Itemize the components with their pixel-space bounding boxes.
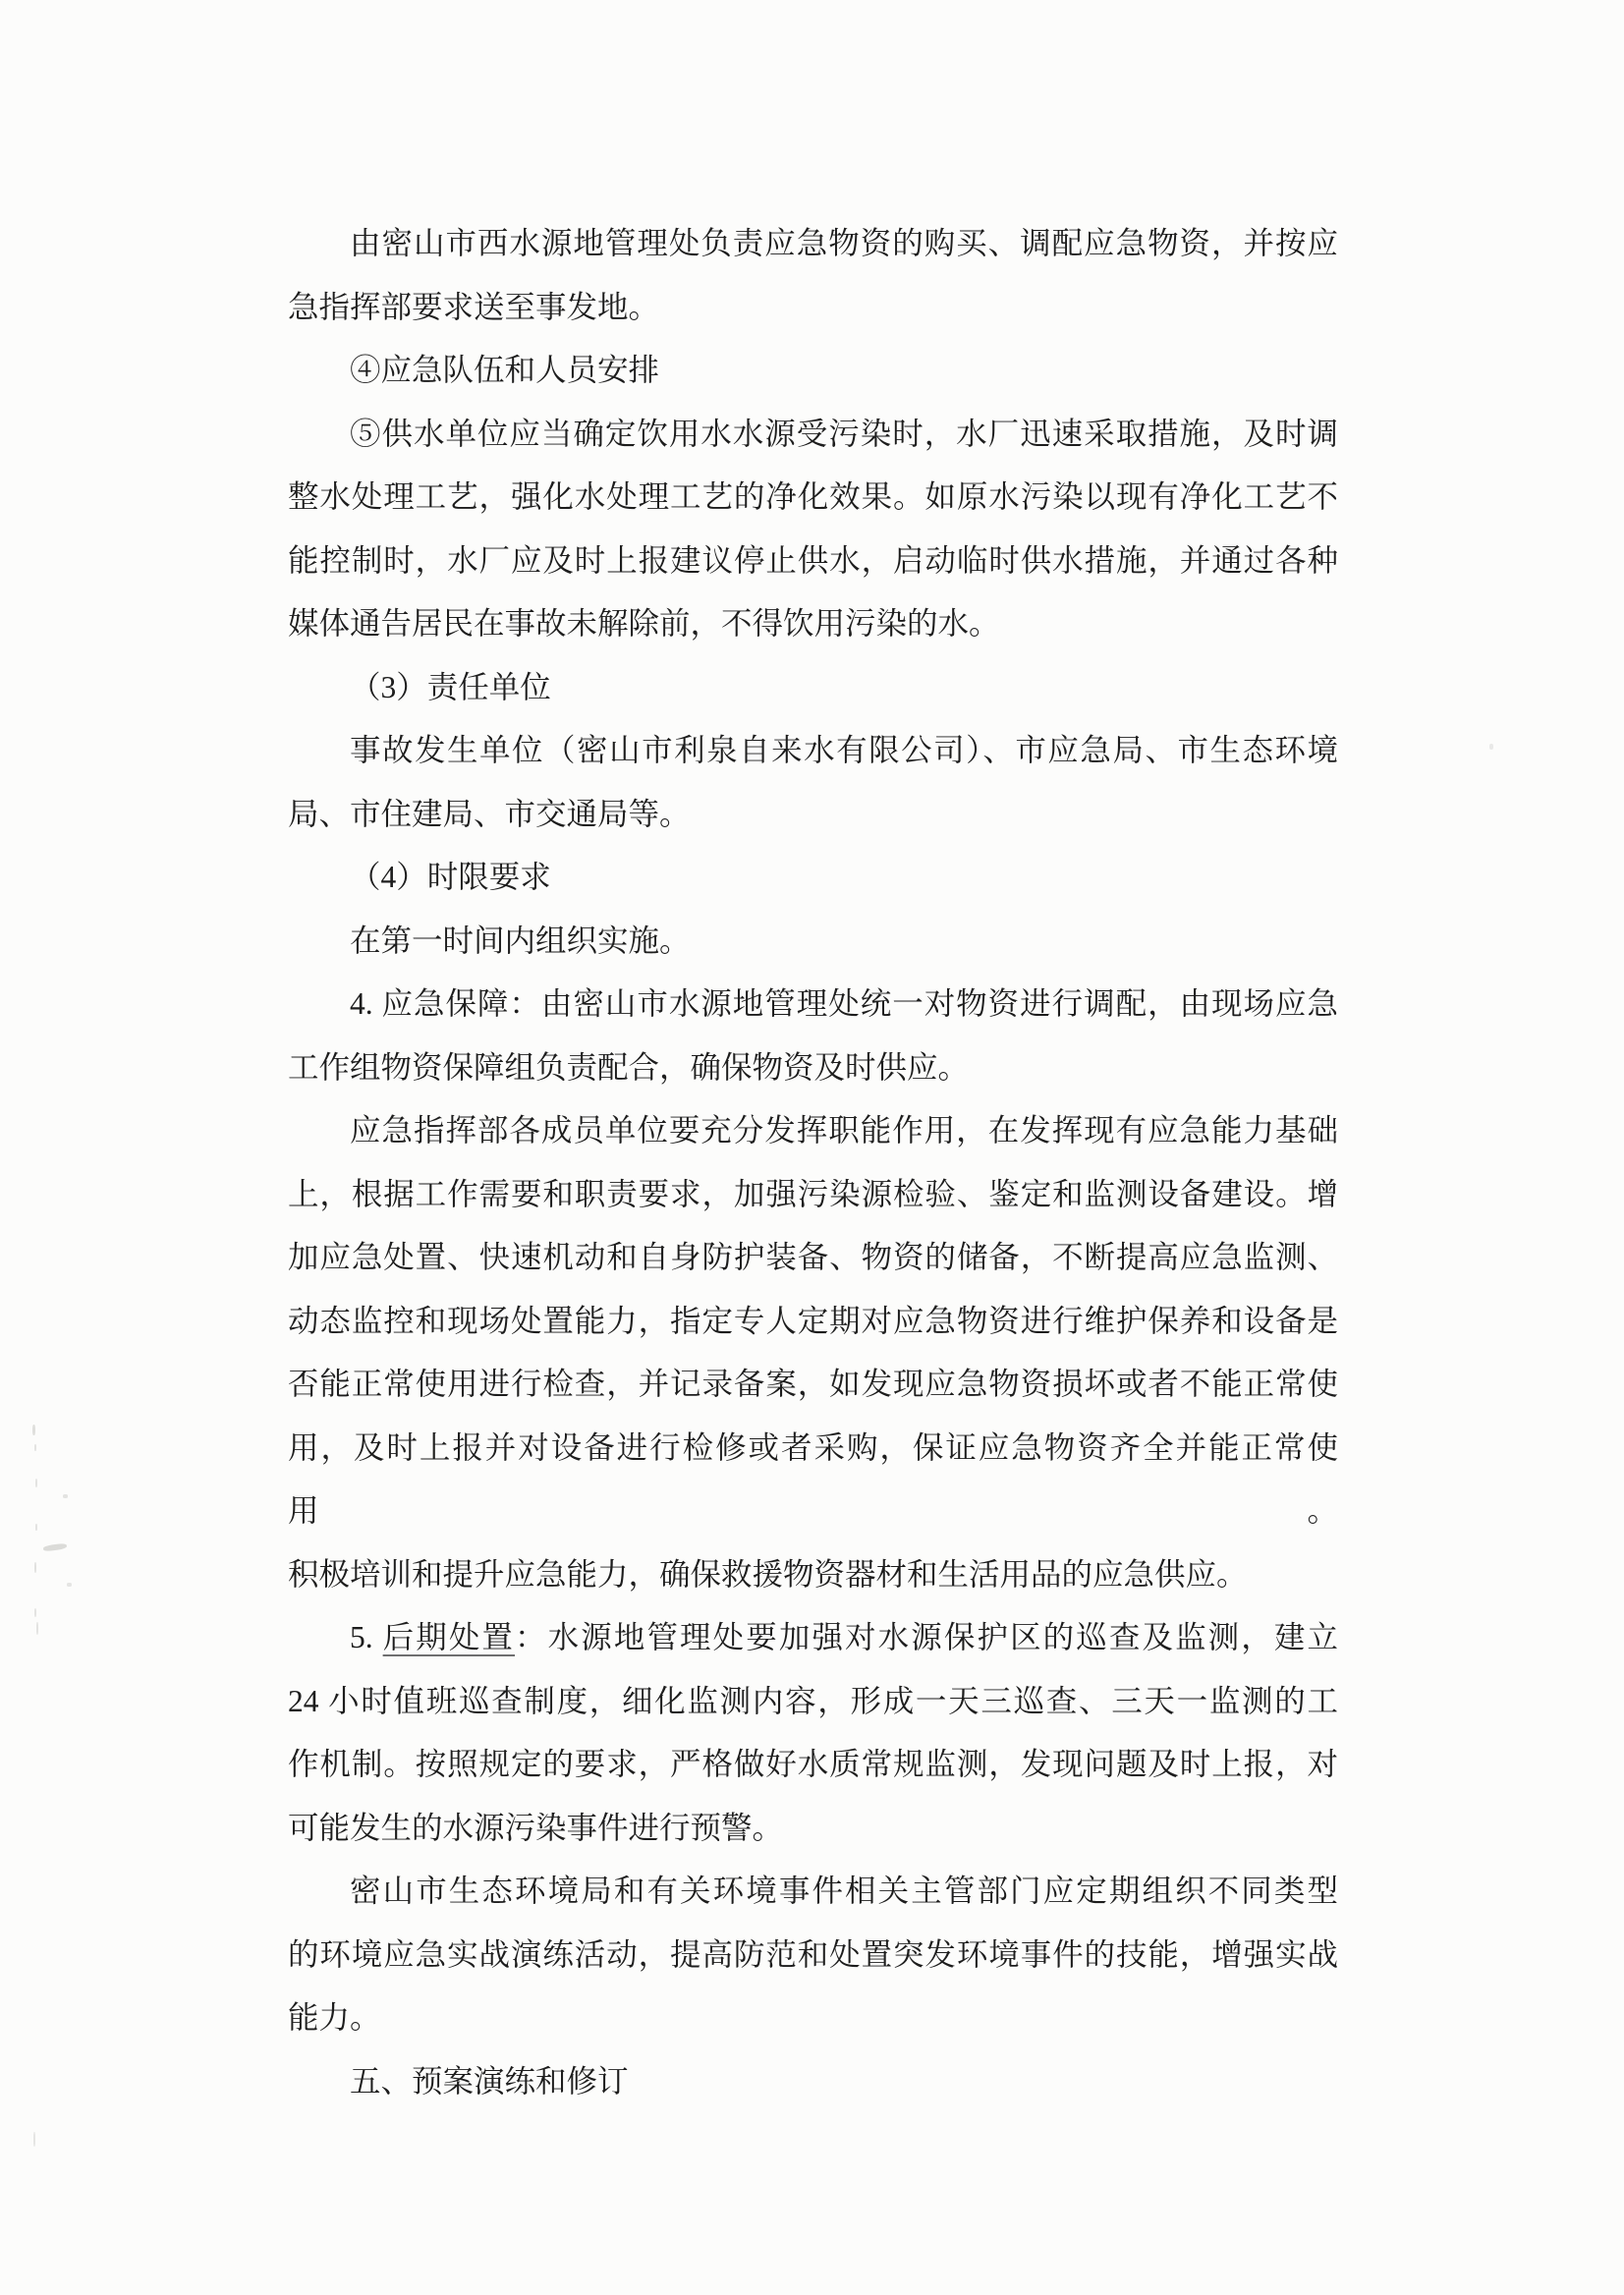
paragraph-3: ⑤供水单位应当确定饮用水水源受污染时，水厂迅速采取措施，及时调整水处理工艺，强化… xyxy=(288,403,1338,656)
scan-speck xyxy=(34,1562,36,1573)
scan-speck xyxy=(63,1494,68,1498)
text-line: （4）时限要求 xyxy=(288,846,1338,910)
paragraph-5: 事故发生单位（密山市利泉自来水有限公司）、市应急局、市生态环境局、市住建局、市交… xyxy=(288,719,1338,846)
text-line: 事故发生单位（密山市利泉自来水有限公司）、市应急局、市生态环境 xyxy=(288,719,1338,783)
text-line: 作机制。按照规定的要求，严格做好水质常规监测，发现问题及时上报，对 xyxy=(288,1733,1338,1797)
text-line: 4. 应急保障：由密山市水源地管理处统一对物资进行调配，由现场应急 xyxy=(288,973,1338,1036)
paragraph-11: 密山市生态环境局和有关环境事件相关主管部门应定期组织不同类型的环境应急实战演练活… xyxy=(288,1860,1338,2050)
paragraph-4: （3）责任单位 xyxy=(288,656,1338,720)
paragraph-10: 5. 后期处置：水源地管理处要加强对水源保护区的巡查及监测，建立24 小时值班巡… xyxy=(288,1606,1338,1860)
text-line: 由密山市西水源地管理处负责应急物资的购买、调配应急物资，并按应 xyxy=(288,212,1338,276)
text-line: ⑤供水单位应当确定饮用水水源受污染时，水厂迅速采取措施，及时调 xyxy=(288,403,1338,467)
text-line: 上，根据工作需要和职责要求，加强污染源检验、鉴定和监测设备建设。增 xyxy=(288,1163,1338,1227)
text-line: 用，及时上报并对设备进行检修或者采购，保证应急物资齐全并能正常使用。 xyxy=(288,1417,1338,1543)
text-line: 动态监控和现场处置能力，指定专人定期对应急物资进行维护保养和设备是 xyxy=(288,1290,1338,1354)
paragraph-9: 应急指挥部各成员单位要充分发挥职能作用，在发挥现有应急能力基础上，根据工作需要和… xyxy=(288,1099,1338,1606)
text-line: 5. 后期处置：水源地管理处要加强对水源保护区的巡查及监测，建立 xyxy=(288,1606,1338,1670)
text-line: 局、市住建局、市交通局等。 xyxy=(288,783,1338,847)
text-line: 应急指挥部各成员单位要充分发挥职能作用，在发挥现有应急能力基础 xyxy=(288,1099,1338,1163)
scan-speck xyxy=(33,2132,35,2147)
text-line: 在第一时间内组织实施。 xyxy=(288,910,1338,974)
text-line: 密山市生态环境局和有关环境事件相关主管部门应定期组织不同类型 xyxy=(288,1860,1338,1924)
text-line: 否能正常使用进行检查，并记录备案，如发现应急物资损坏或者不能正常使 xyxy=(288,1353,1338,1417)
scanned-document-page: 由密山市西水源地管理处负责应急物资的购买、调配应急物资，并按应急指挥部要求送至事… xyxy=(0,0,1624,2295)
text-line: 急指挥部要求送至事发地。 xyxy=(288,276,1338,340)
text-line: 可能发生的水源污染事件进行预警。 xyxy=(288,1797,1338,1861)
text-line: ④应急队伍和人员安排 xyxy=(288,339,1338,403)
text-line: 能控制时，水厂应及时上报建议停止供水，启动临时供水措施，并通过各种 xyxy=(288,530,1338,593)
text-line: （3）责任单位 xyxy=(288,656,1338,720)
text-line: 媒体通告居民在事故未解除前，不得饮用污染的水。 xyxy=(288,592,1338,656)
text-line: 积极培训和提升应急能力，确保救援物资器材和生活用品的应急供应。 xyxy=(288,1543,1338,1607)
paragraph-2: ④应急队伍和人员安排 xyxy=(288,339,1338,403)
text-line: 五、预案演练和修订 xyxy=(288,2050,1338,2114)
scan-speck xyxy=(34,1608,36,1617)
document-text-block: 由密山市西水源地管理处负责应急物资的购买、调配应急物资，并按应急指挥部要求送至事… xyxy=(288,212,1338,2113)
text-line: 工作组物资保障组负责配合，确保物资及时供应。 xyxy=(288,1036,1338,1100)
scan-speck xyxy=(43,1542,68,1551)
paragraph-6: （4）时限要求 xyxy=(288,846,1338,910)
scan-speck xyxy=(67,1583,72,1587)
text-line: 能力。 xyxy=(288,1987,1338,2050)
scan-speck xyxy=(35,1524,37,1531)
scan-speck xyxy=(34,1444,36,1451)
paragraph-7: 在第一时间内组织实施。 xyxy=(288,910,1338,974)
scan-speck xyxy=(36,1622,38,1635)
text-line: 加应急处置、快速机动和自身防护装备、物资的储备，不断提高应急监测、 xyxy=(288,1226,1338,1290)
scan-speck xyxy=(32,1425,35,1435)
text-line: 整水处理工艺，强化水处理工艺的净化效果。如原水污染以现有净化工艺不 xyxy=(288,466,1338,530)
text-line: 的环境应急实战演练活动，提高防范和处置突发环境事件的技能，增强实战 xyxy=(288,1924,1338,1987)
paragraph-8: 4. 应急保障：由密山市水源地管理处统一对物资进行调配，由现场应急工作组物资保障… xyxy=(288,973,1338,1099)
scan-speck xyxy=(1489,744,1493,750)
scan-speck xyxy=(35,1479,37,1487)
paragraph-1: 由密山市西水源地管理处负责应急物资的购买、调配应急物资，并按应急指挥部要求送至事… xyxy=(288,212,1338,339)
text-line: 24 小时值班巡查制度，细化监测内容，形成一天三巡查、三天一监测的工 xyxy=(288,1670,1338,1734)
paragraph-12: 五、预案演练和修订 xyxy=(288,2050,1338,2114)
